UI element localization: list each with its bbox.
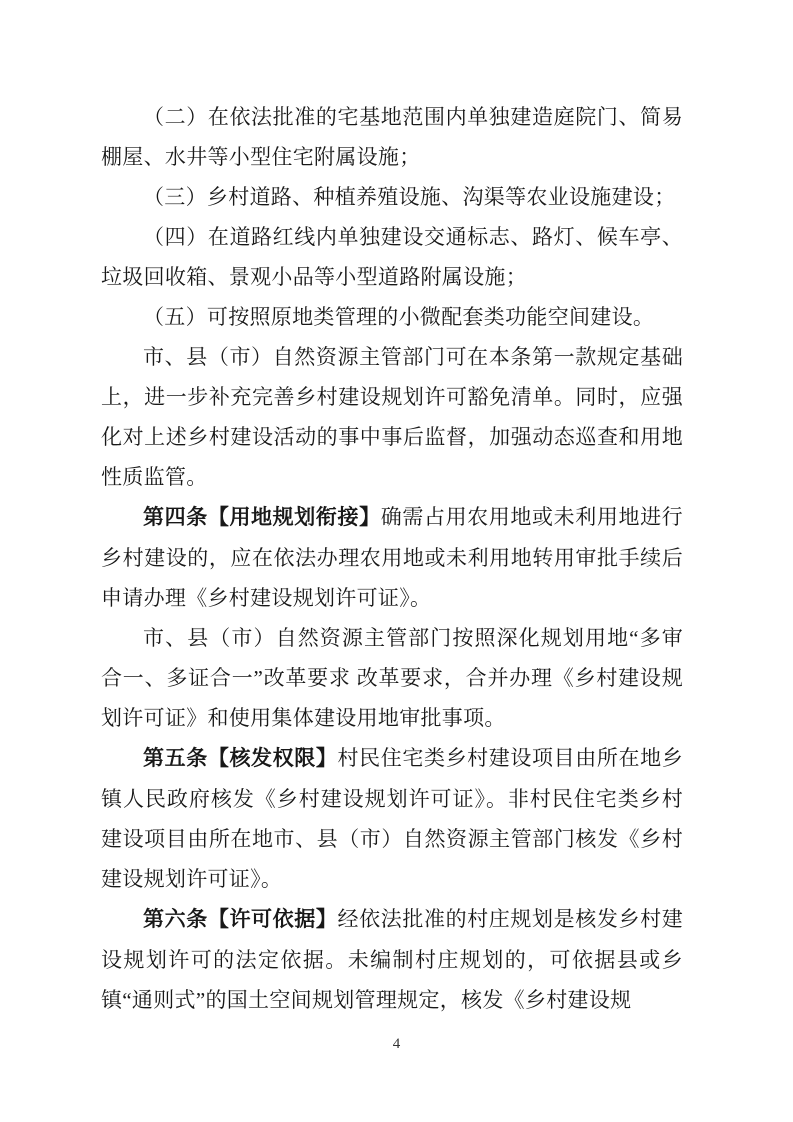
list-item-4-text: （四）在道路红线内单独建设交通标志、路灯、候车亭、垃圾回收箱、景观小品等小型道路… xyxy=(101,225,683,289)
article-5: 第五条【核发权限】村民住宅类乡村建设项目由所在地乡镇人民政府核发《乡村建设规划许… xyxy=(101,738,683,899)
document-page: （二）在依法批准的宅基地范围内单独建造庭院门、简易棚屋、水井等小型住宅附属设施；… xyxy=(0,0,793,1122)
list-item-3-text: （三）乡村道路、种植养殖设施、沟渠等农业设施建设； xyxy=(143,185,676,209)
list-item-5: （五）可按照原地类管理的小微配套类功能空间建设。 xyxy=(101,297,683,337)
list-item-2: （二）在依法批准的宅基地范围内单独建造庭院门、简易棚屋、水井等小型住宅附属设施； xyxy=(101,97,683,177)
para-multi-permit-merge-text: 市、县（市）自然资源主管部门按照深化规划用地“多审合一、多证合一”改革要求 改革… xyxy=(101,626,683,730)
para-exemption-supplement-text: 市、县（市）自然资源主管部门可在本条第一款规定基础上，进一步补充完善乡村建设规划… xyxy=(101,345,683,489)
article-4-heading: 第四条【用地规划衔接】 xyxy=(143,506,381,529)
article-6: 第六条【许可依据】经依法批准的村庄规划是核发乡村建设规划许可的法定依据。未编制村… xyxy=(101,899,683,1020)
list-item-3: （三）乡村道路、种植养殖设施、沟渠等农业设施建设； xyxy=(101,177,683,217)
list-item-2-text: （二）在依法批准的宅基地范围内单独建造庭院门、简易棚屋、水井等小型住宅附属设施； xyxy=(101,105,683,169)
para-exemption-supplement: 市、县（市）自然资源主管部门可在本条第一款规定基础上，进一步补充完善乡村建设规划… xyxy=(101,337,683,497)
page-number: 4 xyxy=(0,1034,793,1054)
article-6-heading: 第六条【许可依据】 xyxy=(143,908,338,931)
list-item-5-text: （五）可按照原地类管理的小微配套类功能空间建设。 xyxy=(143,305,654,329)
para-multi-permit-merge: 市、县（市）自然资源主管部门按照深化规划用地“多审合一、多证合一”改革要求 改革… xyxy=(101,618,683,738)
article-4: 第四条【用地规划衔接】确需占用农用地或未利用地进行乡村建设的，应在依法办理农用地… xyxy=(101,497,683,618)
list-item-4: （四）在道路红线内单独建设交通标志、路灯、候车亭、垃圾回收箱、景观小品等小型道路… xyxy=(101,217,683,297)
article-5-heading: 第五条【核发权限】 xyxy=(143,747,338,770)
